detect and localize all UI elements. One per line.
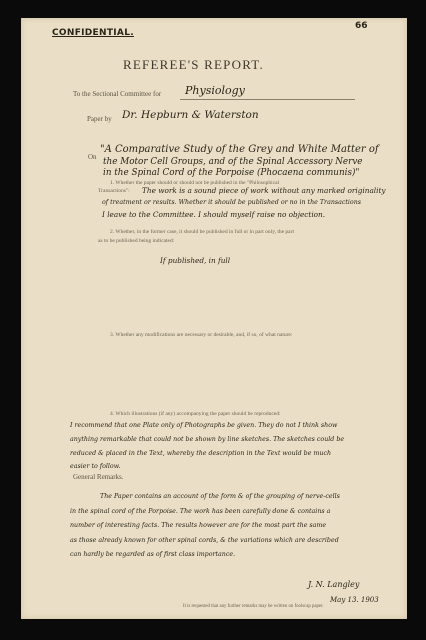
answer-1-line-3: I leave to the Committee. I should mysel…: [102, 210, 325, 219]
question-3: 3. Whether any modifications are necessa…: [110, 332, 292, 338]
paper-by-label: Paper by: [87, 115, 112, 123]
question-2: 2. Whether, in the former case, it shoul…: [110, 229, 294, 235]
question-1-cont: Transactions":: [98, 188, 130, 194]
paper-title-line-1: "A Comparative Study of the Grey and Whi…: [100, 144, 379, 155]
committee-label: To the Sectional Committee for: [73, 90, 161, 98]
footer-note: It is requested that any further remarks…: [183, 604, 324, 609]
paper-title-line-3: in the Spinal Cord of the Porpoise (Phoc…: [103, 168, 359, 178]
on-label: On: [88, 153, 97, 161]
general-remarks-line-5: can hardly be regarded as of first class…: [70, 551, 235, 558]
paper-title-line-2: the Motor Cell Groups, and of the Spinal…: [103, 157, 363, 167]
answer-1-line-1: The work is a sound piece of work withou…: [142, 186, 386, 195]
general-remarks-line-2: in the spinal cord of the Porpoise. The …: [70, 508, 330, 515]
answer-4-line-4: easier to follow.: [70, 463, 120, 470]
committee-underline: [180, 99, 355, 100]
answer-4-line-3: reduced & placed in the Text, whereby th…: [70, 450, 331, 457]
question-4: 4. Which illustrations (if any) accompan…: [110, 411, 281, 417]
general-remarks-line-4: as those already known for other spinal …: [70, 537, 339, 544]
signature-date: May 13. 1903: [330, 596, 379, 604]
committee-value: Physiology: [185, 84, 245, 97]
general-remarks-line-3: number of interesting facts. The results…: [70, 522, 326, 529]
answer-2: If published, in full: [160, 256, 230, 265]
answer-4-line-1: I recommend that one Plate only of Photo…: [70, 422, 337, 429]
answer-4-line-2: anything remarkable that could not be sh…: [70, 436, 344, 443]
general-remarks-label: General Remarks.: [73, 473, 124, 481]
question-2-cont: as to be published being indicated:: [98, 238, 174, 244]
referee-signature: J. N. Langley: [308, 580, 359, 589]
paper-by-value: Dr. Hepburn & Waterston: [122, 109, 259, 121]
confidential-label: CONFIDENTIAL.: [52, 28, 134, 38]
general-remarks-line-1: The Paper contains an account of the for…: [100, 493, 340, 500]
page-number: 66: [355, 21, 368, 31]
answer-1-line-2: of treatment or results. Whether it shou…: [102, 199, 361, 206]
page-title: REFEREE'S REPORT.: [123, 57, 264, 73]
